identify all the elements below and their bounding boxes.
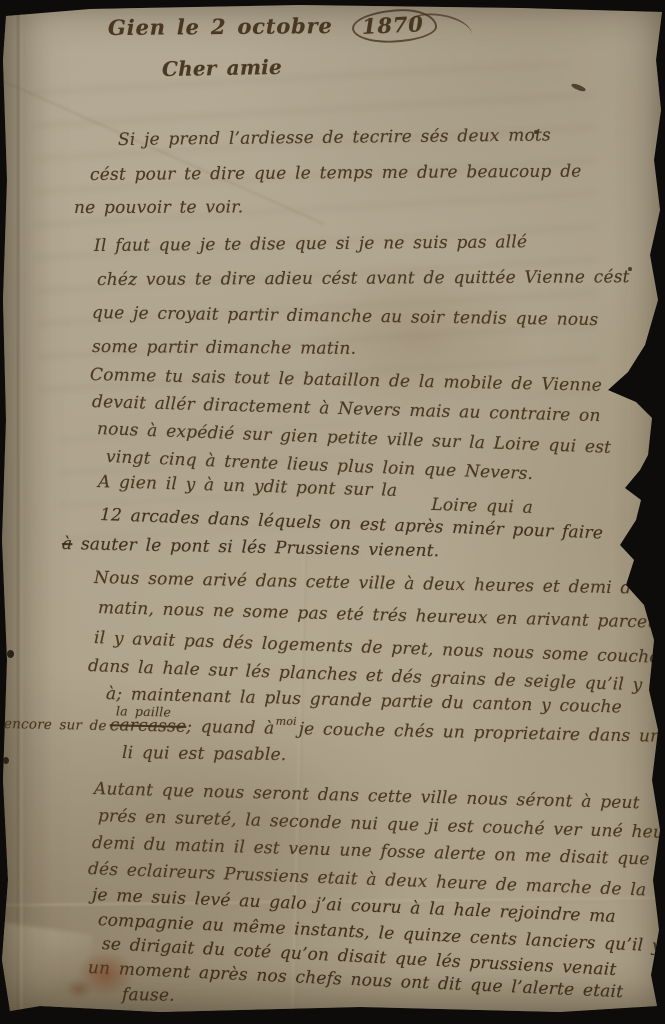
letter-line-with-corrections: encore sur dela paillecarcasse; quand àm… — [4, 713, 662, 747]
punch-hole — [3, 757, 9, 764]
dateline: Gien le 2 octobre 1870 — [108, 9, 437, 45]
letter-line: some partir dimanche matin. — [92, 337, 356, 359]
margin-note: encore sur de — [4, 716, 107, 734]
scanned-letter-page: { "page": { "background_color": "#0d0c0a… — [0, 0, 665, 1024]
fold-line — [17, 0, 24, 1024]
letter-line: matin, nous ne some pas eté trés heureux… — [98, 598, 665, 634]
letter-line: cést pour te dire que le temps me dure b… — [90, 162, 582, 186]
letter-line: Il faut que je te dise que si je ne suis… — [94, 232, 527, 256]
line-segment: ; quand à — [186, 717, 275, 739]
line-segment-offset: Loire qui a — [431, 495, 533, 518]
letter-line: Nous some arivé dans cette ville à deux … — [94, 568, 643, 599]
ink-speck — [534, 130, 538, 134]
correction-group: la paillecarcasse — [109, 715, 186, 737]
letter-line: li qui est pasable. — [122, 743, 287, 765]
inserted-word: la paille — [116, 703, 171, 719]
letter-line: chéz vous te dire adieu cést avant de qu… — [97, 267, 630, 290]
dateline-text: Gien le 2 octobre — [108, 13, 333, 40]
struck-word: à — [62, 534, 73, 554]
punch-hole — [7, 650, 14, 658]
pen-flourish — [404, 9, 474, 51]
superscript-word: moi — [276, 715, 297, 728]
ink-speck — [628, 267, 632, 271]
letter-paper: Gien le 2 octobre 1870 Cher amie Si je p… — [0, 0, 665, 1024]
ink-blot — [64, 978, 94, 1000]
salutation: Cher amie — [162, 55, 282, 81]
letter-line: ne pouvoir te voir. — [74, 197, 243, 218]
scan-background: Gien le 2 octobre 1870 Cher amie Si je p… — [0, 0, 665, 1024]
line-segment: je couche chés un proprietaire dans un — [298, 719, 661, 747]
